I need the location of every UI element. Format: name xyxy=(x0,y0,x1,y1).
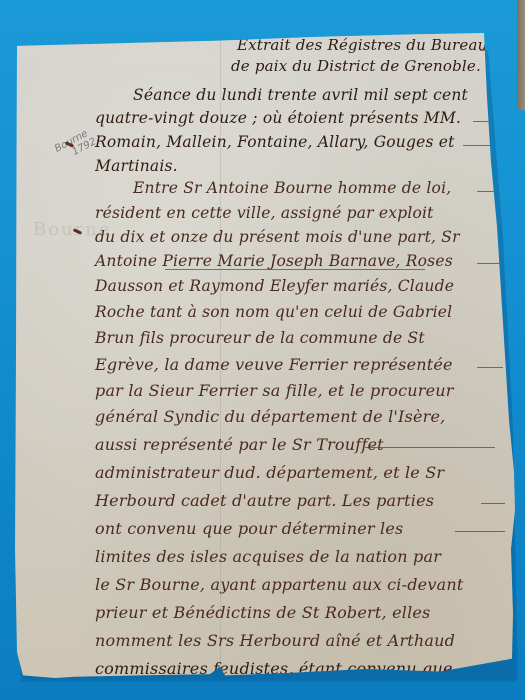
body-line-13: par la Sieur Ferrier sa fille, et le pro… xyxy=(95,381,454,400)
body-line-12: Egrève, la dame veuve Ferrier représenté… xyxy=(95,355,453,374)
body-line-18: ont convenu que pour déterminer les xyxy=(95,519,403,538)
manuscript-page: Bourne Bourne 1792 Extrait des Régistres… xyxy=(15,33,515,678)
name-underline xyxy=(165,269,425,270)
body-line-21: prieur et Bénédictins de St Robert, elle… xyxy=(95,603,430,622)
line-filler-dash xyxy=(481,503,505,504)
body-line-4: Martinais. xyxy=(95,157,178,175)
body-line-7: du dix et onze du présent mois d'une par… xyxy=(95,228,460,246)
body-line-2: quatre-vingt douze ; où étoient présents… xyxy=(95,109,461,127)
body-line-11: Brun fils procureur de la commune de St xyxy=(95,329,425,347)
line-filler-dash xyxy=(480,50,502,51)
body-line-5: Entre Sr Antoine Bourne homme de loi, xyxy=(133,179,451,197)
line-filler-dash xyxy=(455,531,505,532)
body-line-10: Roche tant à son nom qu'en celui de Gabr… xyxy=(95,303,452,321)
body-line-3: Romain, Mallein, Fontaine, Allary, Gouge… xyxy=(95,133,455,151)
wooden-edge xyxy=(517,0,525,110)
body-line-14: général Syndic du département de l'Isère… xyxy=(95,407,445,426)
heading-line-2: de paix du District de Grenoble. xyxy=(231,57,481,75)
body-line-24: le Sr Herbourd aîné restera expert, quoi… xyxy=(95,687,462,700)
body-line-22: nomment les Srs Herbourd aîné et Arthaud xyxy=(95,631,455,650)
body-line-20: le Sr Bourne, ayant appartenu aux ci-dev… xyxy=(95,575,463,594)
line-filler-dash xyxy=(477,367,503,368)
body-line-1: Séance du lundi trente avril mil sept ce… xyxy=(133,86,468,104)
body-line-19: limites des isles acquises de la nation … xyxy=(95,547,441,566)
line-filler-dash xyxy=(365,447,495,448)
body-line-15: aussi représenté par le Sr Trouffet xyxy=(95,435,384,454)
body-line-16: administrateur dud. département, et le S… xyxy=(95,463,444,482)
line-filler-dash xyxy=(477,263,501,264)
line-filler-dash xyxy=(473,121,499,122)
heading-line-1: Extrait des Régistres du Bureau xyxy=(237,36,487,54)
body-line-6: résident en cette ville, assigné par exp… xyxy=(95,204,434,222)
body-line-9: Dausson et Raymond Eleyfer mariés, Claud… xyxy=(95,277,454,295)
manuscript-text: Extrait des Régistres du Bureau de paix … xyxy=(15,33,515,678)
body-line-8: Antoine Pierre Marie Joseph Barnave, Ros… xyxy=(95,252,453,270)
body-line-17: Herbourd cadet d'autre part. Les parties xyxy=(95,491,434,510)
